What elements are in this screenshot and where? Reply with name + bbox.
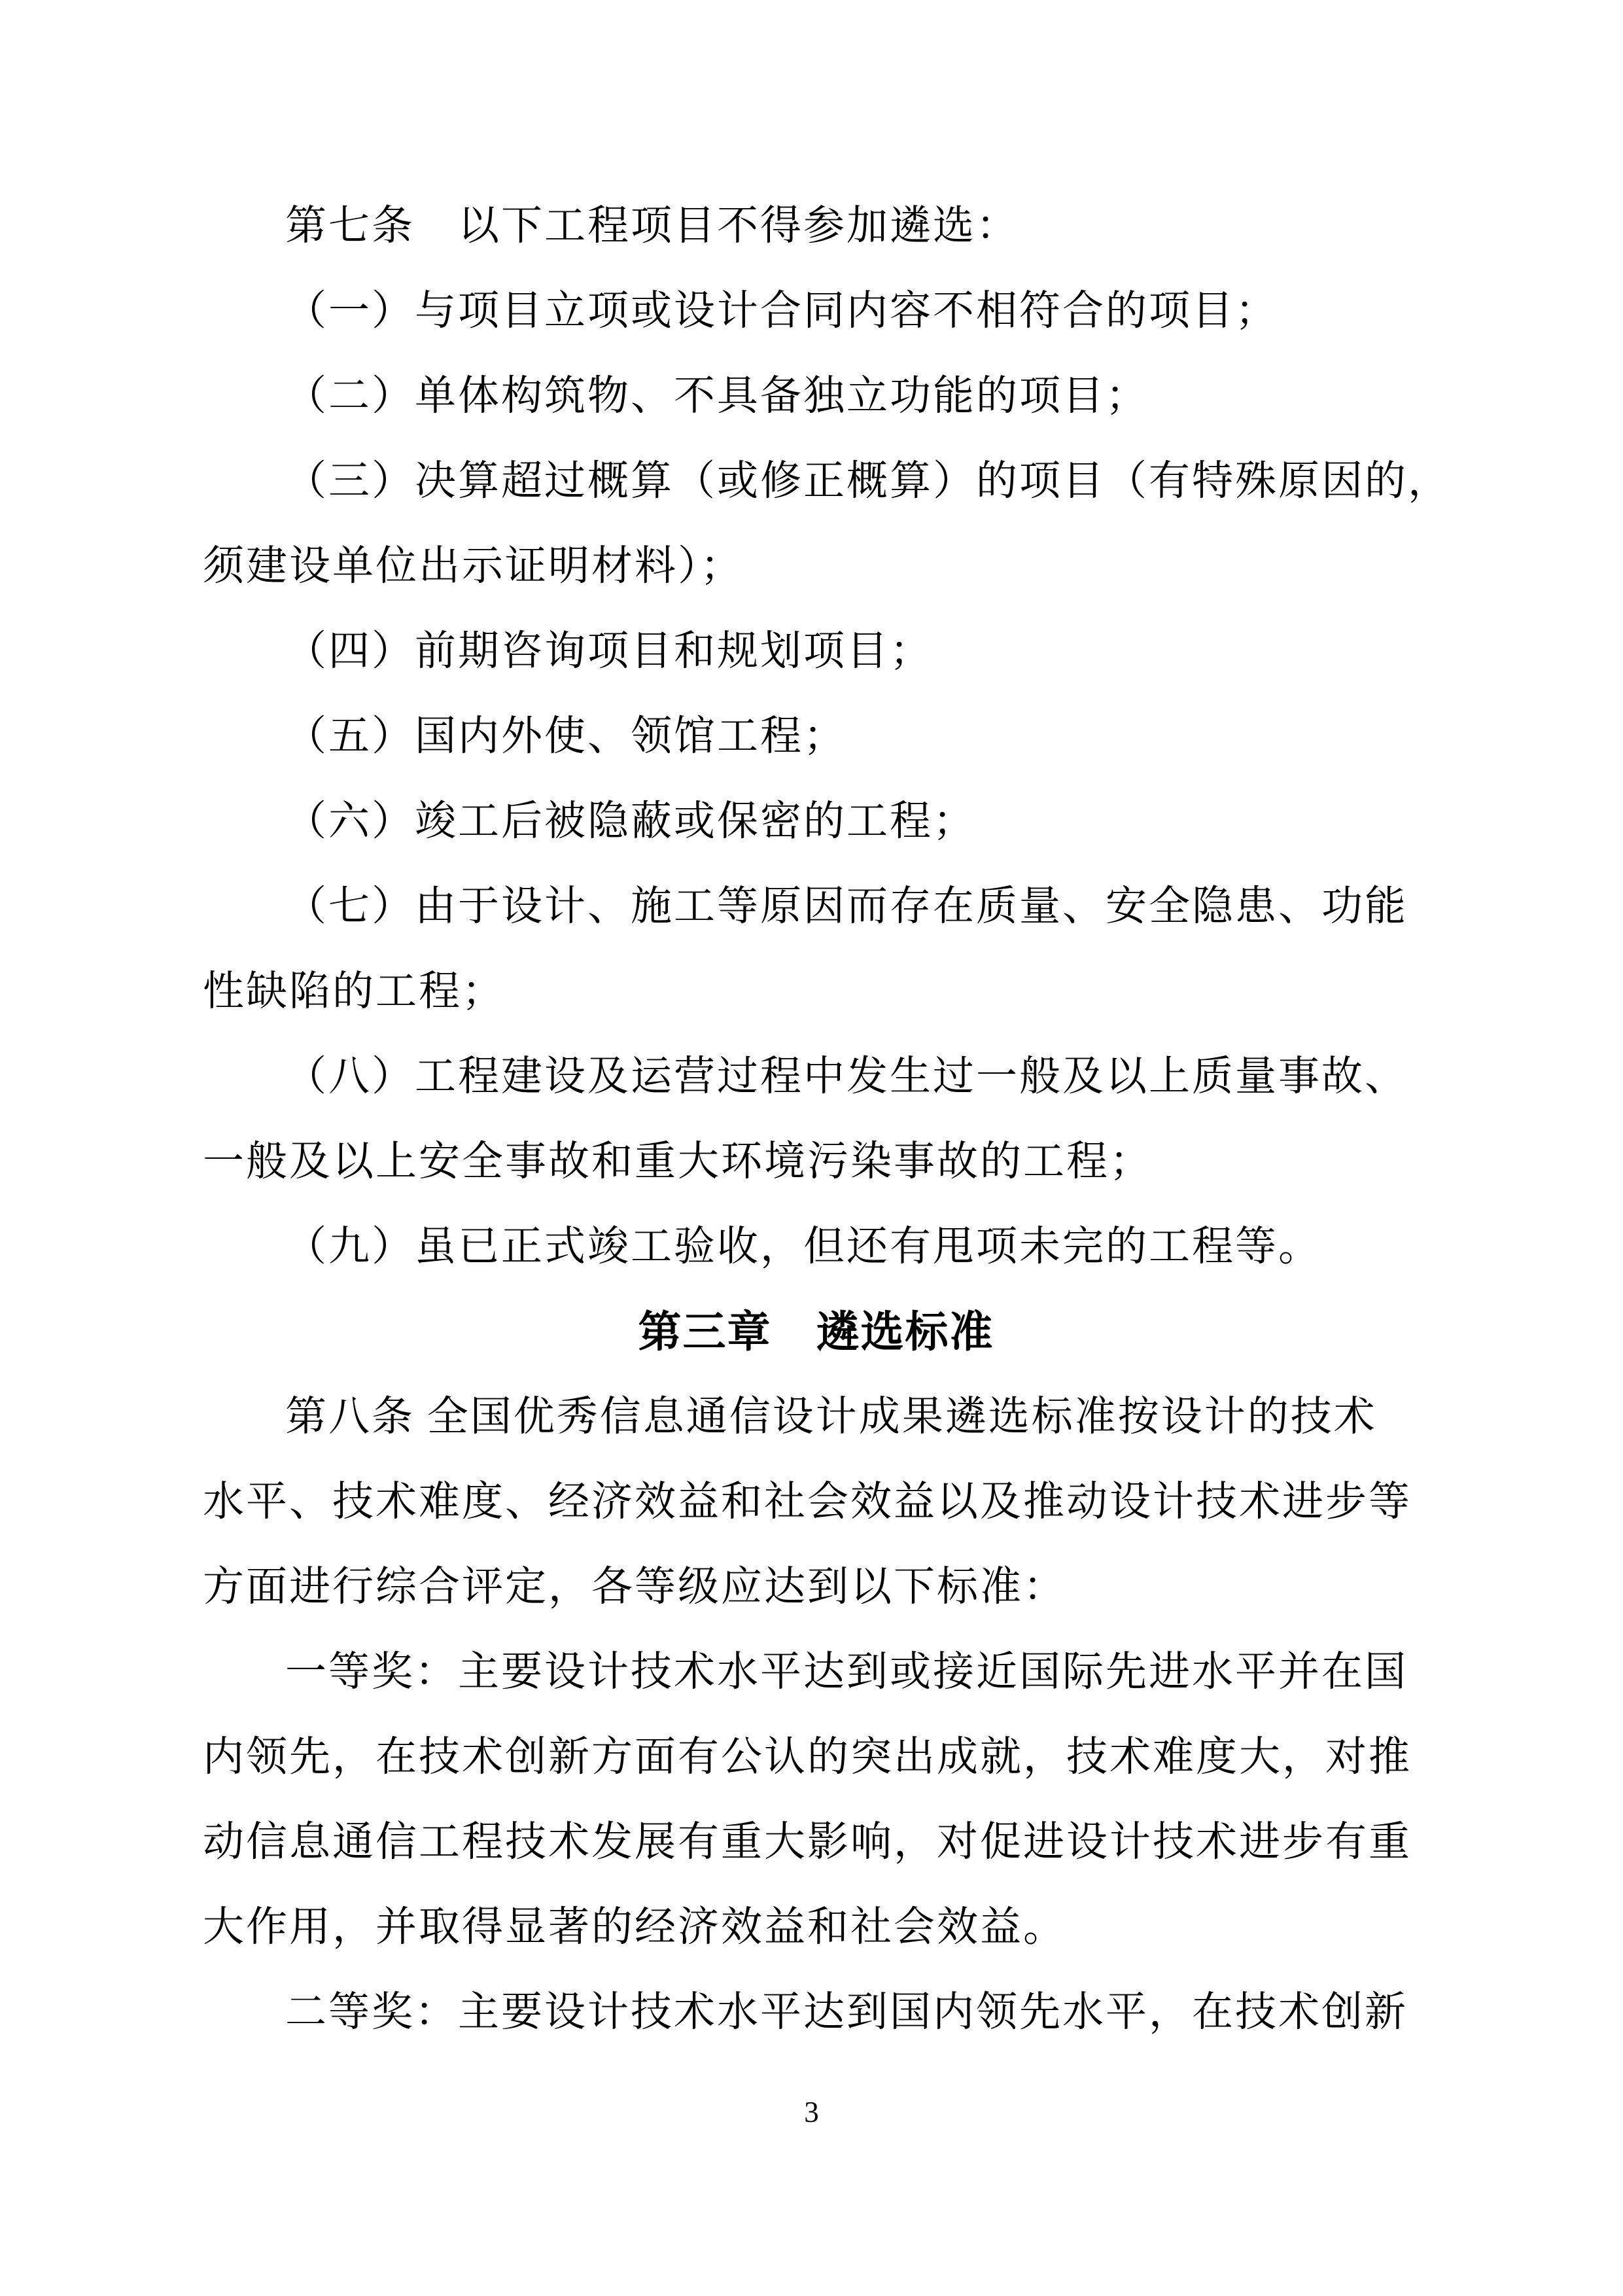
document-body: 第七条 以下工程项目不得参加遴选：（一）与项目立项或设计合同内容不相符合的项目；…	[203, 183, 1429, 2055]
text-line: （九）虽已正式竣工验收，但还有甩项未完的工程等。	[203, 1204, 1429, 1289]
text-line: 大作用，并取得显著的经济效益和社会效益。	[203, 1884, 1429, 1969]
text-line: 二等奖：主要设计技术水平达到国内领先水平，在技术创新	[203, 1969, 1429, 2055]
chapter-heading: 第三章 遴选标准	[203, 1289, 1429, 1374]
text-line: 动信息通信工程技术发展有重大影响，对促进设计技术进步有重	[203, 1799, 1429, 1884]
text-line: （四）前期咨询项目和规划项目；	[203, 609, 1429, 694]
text-line: （二）单体构筑物、不具备独立功能的项目；	[203, 353, 1429, 438]
text-line: 第八条 全国优秀信息通信设计成果遴选标准按设计的技术	[203, 1374, 1429, 1459]
text-line: 须建设单位出示证明材料）；	[203, 523, 1429, 609]
text-line: （五）国内外使、领馆工程；	[203, 694, 1429, 779]
document-page: 第七条 以下工程项目不得参加遴选：（一）与项目立项或设计合同内容不相符合的项目；…	[0, 0, 1623, 2296]
page-number: 3	[0, 2091, 1623, 2133]
text-line: （一）与项目立项或设计合同内容不相符合的项目；	[203, 268, 1429, 353]
text-line: 一等奖：主要设计技术水平达到或接近国际先进水平并在国	[203, 1629, 1429, 1714]
text-line: 水平、技术难度、经济效益和社会效益以及推动设计技术进步等	[203, 1459, 1429, 1544]
text-line: （三）决算超过概算（或修正概算）的项目（有特殊原因的，	[203, 438, 1429, 523]
text-line: 性缺陷的工程；	[203, 949, 1429, 1034]
text-line: 一般及以上安全事故和重大环境污染事故的工程；	[203, 1119, 1429, 1204]
text-line: （七）由于设计、施工等原因而存在质量、安全隐患、功能	[203, 864, 1429, 949]
text-line: 方面进行综合评定，各等级应达到以下标准：	[203, 1544, 1429, 1629]
text-line: （六）竣工后被隐蔽或保密的工程；	[203, 779, 1429, 864]
text-line: （八）工程建设及运营过程中发生过一般及以上质量事故、	[203, 1034, 1429, 1119]
text-line: 第七条 以下工程项目不得参加遴选：	[203, 183, 1429, 268]
text-line: 内领先，在技术创新方面有公认的突出成就，技术难度大，对推	[203, 1714, 1429, 1799]
